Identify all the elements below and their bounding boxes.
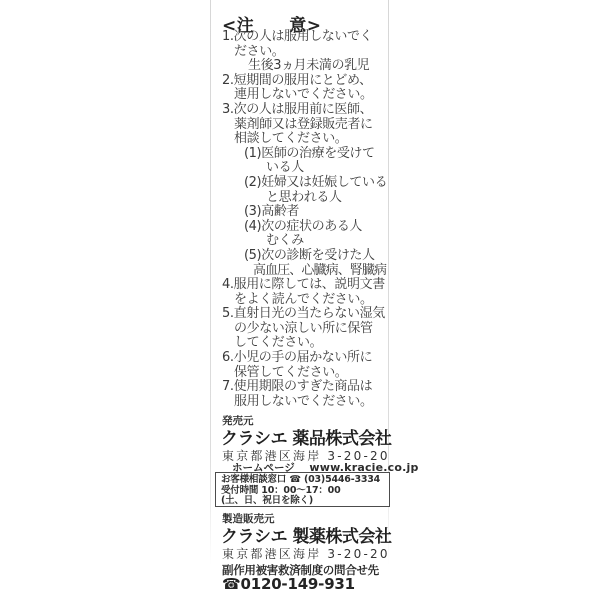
precautions-list: 1.次の人は服用しないでください。生後3ヵ月未満の乳児2.短期間の服用にとどめ、… — [210, 30, 389, 409]
precaution-line-23: 6.小児の手の届かない所に — [210, 351, 389, 366]
precaution-line-25: 7.使用期限のすぎた商品は — [210, 380, 389, 395]
precaution-line-14: (4)次の症状のある人 — [210, 220, 389, 235]
package-side-panel: <注 意> 1.次の人は服用しないでください。生後3ヵ月未満の乳児2.短期間の服… — [210, 0, 389, 600]
precaution-line-17: 高血圧、心臓病、腎臓病 — [210, 264, 389, 279]
precaution-line-12: と思われる人 — [210, 191, 389, 206]
customer-service-box: お客様相談窓口 ☎ (03)5446-3334 受付時間 10：00～17：00… — [215, 472, 390, 507]
precaution-line-21: の少ない涼しい所に保管 — [210, 322, 389, 337]
manufacturer-address: 東京都港区海岸 3-20-20 — [222, 545, 390, 562]
precaution-line-5: 連用しないでください。 — [210, 88, 389, 103]
adr-relief-phone-line: ☎0120-149-931 — [222, 575, 355, 593]
customer-service-label: お客様相談窓口 — [221, 474, 286, 485]
precaution-line-18: 4.服用に際しては、説明文書 — [210, 278, 389, 293]
package-photo: { "panel": { "title": "<注 意>", "precauti… — [0, 0, 600, 600]
seller-company-name: クラシエ 薬品株式会社 — [221, 424, 391, 449]
precaution-line-9: (1)医師の治療を受けて — [210, 147, 389, 162]
precaution-line-22: してください。 — [210, 336, 389, 351]
precaution-line-11: (2)妊婦又は妊娠している — [210, 176, 389, 191]
precaution-line-15: むくみ — [210, 234, 389, 249]
precaution-line-20: 5.直射日光の当たらない湿気 — [210, 307, 389, 322]
precaution-line-2: ださい。 — [210, 45, 389, 60]
precaution-line-7: 薬剤師又は登録販売者に — [210, 118, 389, 133]
precaution-line-26: 服用しないでください。 — [210, 395, 389, 410]
precaution-line-3: 生後3ヵ月未満の乳児 — [210, 59, 389, 74]
customer-service-phone: (03)5446-3334 — [304, 474, 380, 485]
precaution-line-10: いる人 — [210, 161, 389, 176]
precaution-line-16: (5)次の診断を受けた人 — [210, 249, 389, 264]
customer-service-closed-days: (土、日、祝日を除く) — [221, 496, 389, 507]
customer-service-phone-row: お客様相談窓口 ☎ (03)5446-3334 — [221, 475, 389, 486]
precaution-line-1: 1.次の人は服用しないでく — [210, 30, 389, 45]
phone-icon: ☎ — [222, 575, 240, 593]
precaution-line-6: 3.次の人は服用前に医師、 — [210, 103, 389, 118]
adr-relief-phone-number: 0120-149-931 — [240, 575, 354, 593]
precaution-line-13: (3)高齢者 — [210, 205, 389, 220]
phone-icon: ☎ — [289, 474, 301, 485]
manufacturer-company-name: クラシエ 製薬株式会社 — [221, 522, 391, 547]
precaution-line-8: 相談してください。 — [210, 132, 389, 147]
